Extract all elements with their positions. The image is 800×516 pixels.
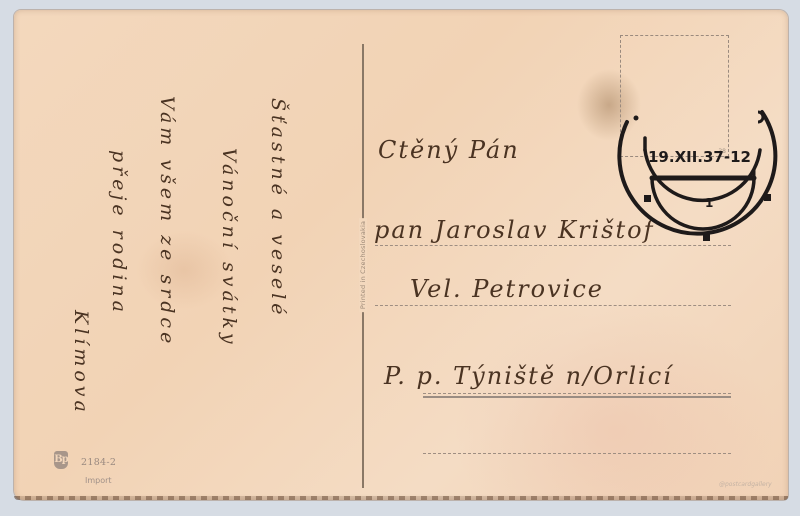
catalog-number: 2184-2 — [81, 457, 116, 468]
postmark-office-number: 1 — [705, 196, 713, 210]
address-rule — [375, 305, 731, 306]
message-line: přeje rodina — [108, 150, 130, 316]
address-rule — [423, 393, 731, 394]
import-label: Import — [85, 476, 112, 485]
address-rule — [423, 453, 731, 454]
message-line: Vám všem ze srdce — [156, 96, 178, 347]
message-signature: Klímova — [70, 310, 92, 416]
watermark: @postcardgallery — [719, 481, 772, 488]
address-salutation: Ctěný Pán — [378, 136, 520, 164]
postmark-stamp — [612, 98, 788, 258]
message-line: Vánoční svátky — [218, 148, 240, 348]
printed-in-label: Printed in Czechoslovakia — [359, 218, 367, 312]
address-post-office: P. p. Týniště n/Orlicí — [384, 362, 673, 390]
postmark-date: 19.XII.37-12 — [648, 148, 751, 166]
publisher-logo-icon: Bp — [54, 451, 68, 469]
address-town: Vel. Petrovice — [410, 275, 604, 303]
address-rule-solid — [423, 396, 731, 398]
message-line: Šťastné a veselé — [267, 98, 289, 319]
